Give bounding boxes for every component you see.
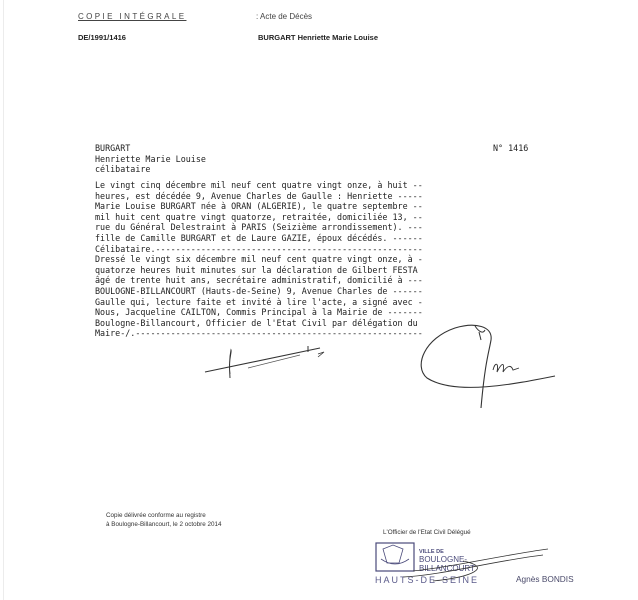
record-body-line: Le vingt cinq décembre mil neuf cent qua… xyxy=(95,180,423,191)
delivery-line-1: Copie délivrée conforme au registre xyxy=(106,511,222,520)
person-name: BURGART Henriette Marie Louise xyxy=(258,33,378,42)
record-body-line: quatorze heures huit minutes sur la décl… xyxy=(95,265,423,276)
svg-text:BOULOGNE-: BOULOGNE- xyxy=(419,555,467,564)
given-names: Henriette Marie Louise xyxy=(95,154,206,164)
record-body-line: Dressé le vingt six décembre mil neuf ce… xyxy=(95,254,423,265)
record-body-line: âgé de trente huit ans, secrétaire admin… xyxy=(95,275,423,286)
record-body-line: Célibataire.----------------------------… xyxy=(95,244,423,255)
declarant-signature xyxy=(200,330,340,390)
act-type: : Acte de Décès xyxy=(256,12,312,21)
record-body-line: BOULOGNE-BILLANCOURT (Hauts-de-Seine) 9,… xyxy=(95,286,423,297)
officer-name: Agnès BONDIS xyxy=(516,574,574,584)
scan-edge xyxy=(3,0,4,600)
marital-status: célibataire xyxy=(95,164,150,174)
surname: BURGART xyxy=(95,143,130,153)
record-body: Le vingt cinq décembre mil neuf cent qua… xyxy=(95,180,423,339)
record-body-line: mil huit cent quatre vingt quatorze, ret… xyxy=(95,212,423,223)
delivery-line-2: à Boulogne-Billancourt, le 2 octobre 201… xyxy=(106,520,222,529)
record-body-line: Nous, Jacqueline CAILTON, Commis Princip… xyxy=(95,307,423,318)
svg-text:HAUTS-DE-SEINE: HAUTS-DE-SEINE xyxy=(375,575,479,585)
record-number: N° 1416 xyxy=(493,143,528,154)
officer-label: L'Officier de l'Etat Civil Délégué xyxy=(383,529,471,536)
record-body-line: Gaulle qui, lecture faite et invité à li… xyxy=(95,297,423,308)
record-body-line: fille de Camille BURGART et de Laure GAZ… xyxy=(95,233,423,244)
delivery-statement: Copie délivrée conforme au registre à Bo… xyxy=(106,511,222,529)
record-body-line: heures, est décédée 9, Avenue Charles de… xyxy=(95,191,423,202)
record-body-line: rue du Général Delestraint à PARIS (Seiz… xyxy=(95,222,423,233)
act-reference: DE/1991/1416 xyxy=(78,33,126,42)
record-identity: BURGART Henriette Marie Louise célibatai… xyxy=(95,143,206,175)
record-body-line: Boulogne-Billancourt, Officier de l'Etat… xyxy=(95,318,423,329)
copy-type-heading: COPIE INTÉGRALE xyxy=(78,12,186,21)
officer-signature xyxy=(415,318,575,418)
record-body-line: Marie Louise BURGART née à ORAN (ALGERIE… xyxy=(95,201,423,212)
